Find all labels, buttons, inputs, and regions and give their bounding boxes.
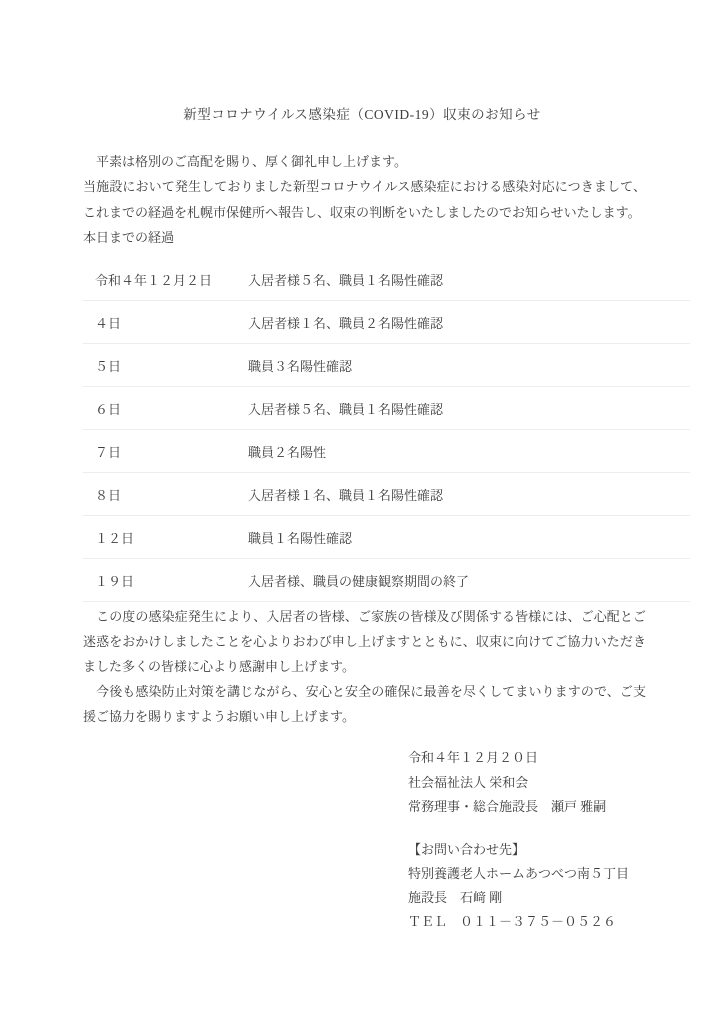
contact-facility: 特別養護老人ホームあつべつ南５丁目 [408,862,629,886]
row-date: ８日 [95,485,248,504]
row-date: 令和４年１２月２日 [95,270,248,289]
document-page: 新型コロナウイルス感染症（COVID-19）収束のお知らせ 平素は格別のご高配を… [0,0,724,1024]
closing-commitment: 今後も感染防止対策を講じながら、安心と安全の確保に最善を尽くしてまいりますので、… [83,679,646,729]
progress-heading: 本日までの経過 [83,225,646,250]
row-date: １２日 [95,528,248,547]
signature-date: 令和４年１２月２０日 [408,746,606,771]
signature-block: 令和４年１２月２０日 社会福祉法人 栄和会 常務理事・総合施設長 瀬戸 雅嗣 [408,746,606,820]
row-event: 職員２名陽性 [248,442,690,461]
table-row: １２日 職員１名陽性確認 [83,516,690,559]
table-row: ７日 職員２名陽性 [83,430,690,473]
document-title: 新型コロナウイルス感染症（COVID-19）収束のお知らせ [0,103,724,123]
signature-representative: 常務理事・総合施設長 瀬戸 雅嗣 [408,795,606,820]
intro-section: 平素は格別のご高配を賜り、厚く御礼申し上げます。 当施設において発生しておりまし… [83,149,646,250]
intro-body: 当施設において発生しておりました新型コロナウイルス感染症における感染対応につきま… [83,174,646,225]
table-row: ４日 入居者様１名、職員２名陽性確認 [83,301,690,344]
contact-heading: 【お問い合わせ先】 [408,838,629,862]
intro-greeting: 平素は格別のご高配を賜り、厚く御礼申し上げます。 [83,149,646,174]
row-event: 職員１名陽性確認 [248,528,690,547]
row-event: 職員３名陽性確認 [248,356,690,375]
signature-organization: 社会福祉法人 栄和会 [408,771,606,796]
row-event: 入居者様５名、職員１名陽性確認 [248,399,690,418]
row-event: 入居者様５名、職員１名陽性確認 [248,270,690,289]
row-event: 入居者様１名、職員１名陽性確認 [248,485,690,504]
contact-block: 【お問い合わせ先】 特別養護老人ホームあつべつ南５丁目 施設長 石﨑 剛 ＴＥＬ… [408,838,629,934]
row-event: 入居者様、職員の健康観察期間の終了 [248,571,690,590]
row-event: 入居者様１名、職員２名陽性確認 [248,313,690,332]
closing-section: この度の感染症発生により、入居者の皆様、ご家族の皆様及び関係する皆様には、ご心配… [83,604,646,729]
row-date: ５日 [95,356,248,375]
contact-tel: ＴＥＬ ０１１－３７５－０５２６ [408,910,629,934]
contact-manager: 施設長 石﨑 剛 [408,886,629,910]
row-date: ４日 [95,313,248,332]
timeline-table: 令和４年１２月２日 入居者様５名、職員１名陽性確認 ４日 入居者様１名、職員２名… [83,258,690,602]
row-date: １９日 [95,571,248,590]
table-row: １９日 入居者様、職員の健康観察期間の終了 [83,559,690,602]
row-date: ６日 [95,399,248,418]
table-row: ６日 入居者様５名、職員１名陽性確認 [83,387,690,430]
table-row: ５日 職員３名陽性確認 [83,344,690,387]
closing-apology: この度の感染症発生により、入居者の皆様、ご家族の皆様及び関係する皆様には、ご心配… [83,604,646,679]
table-row: 令和４年１２月２日 入居者様５名、職員１名陽性確認 [83,258,690,301]
row-date: ７日 [95,442,248,461]
table-row: ８日 入居者様１名、職員１名陽性確認 [83,473,690,516]
